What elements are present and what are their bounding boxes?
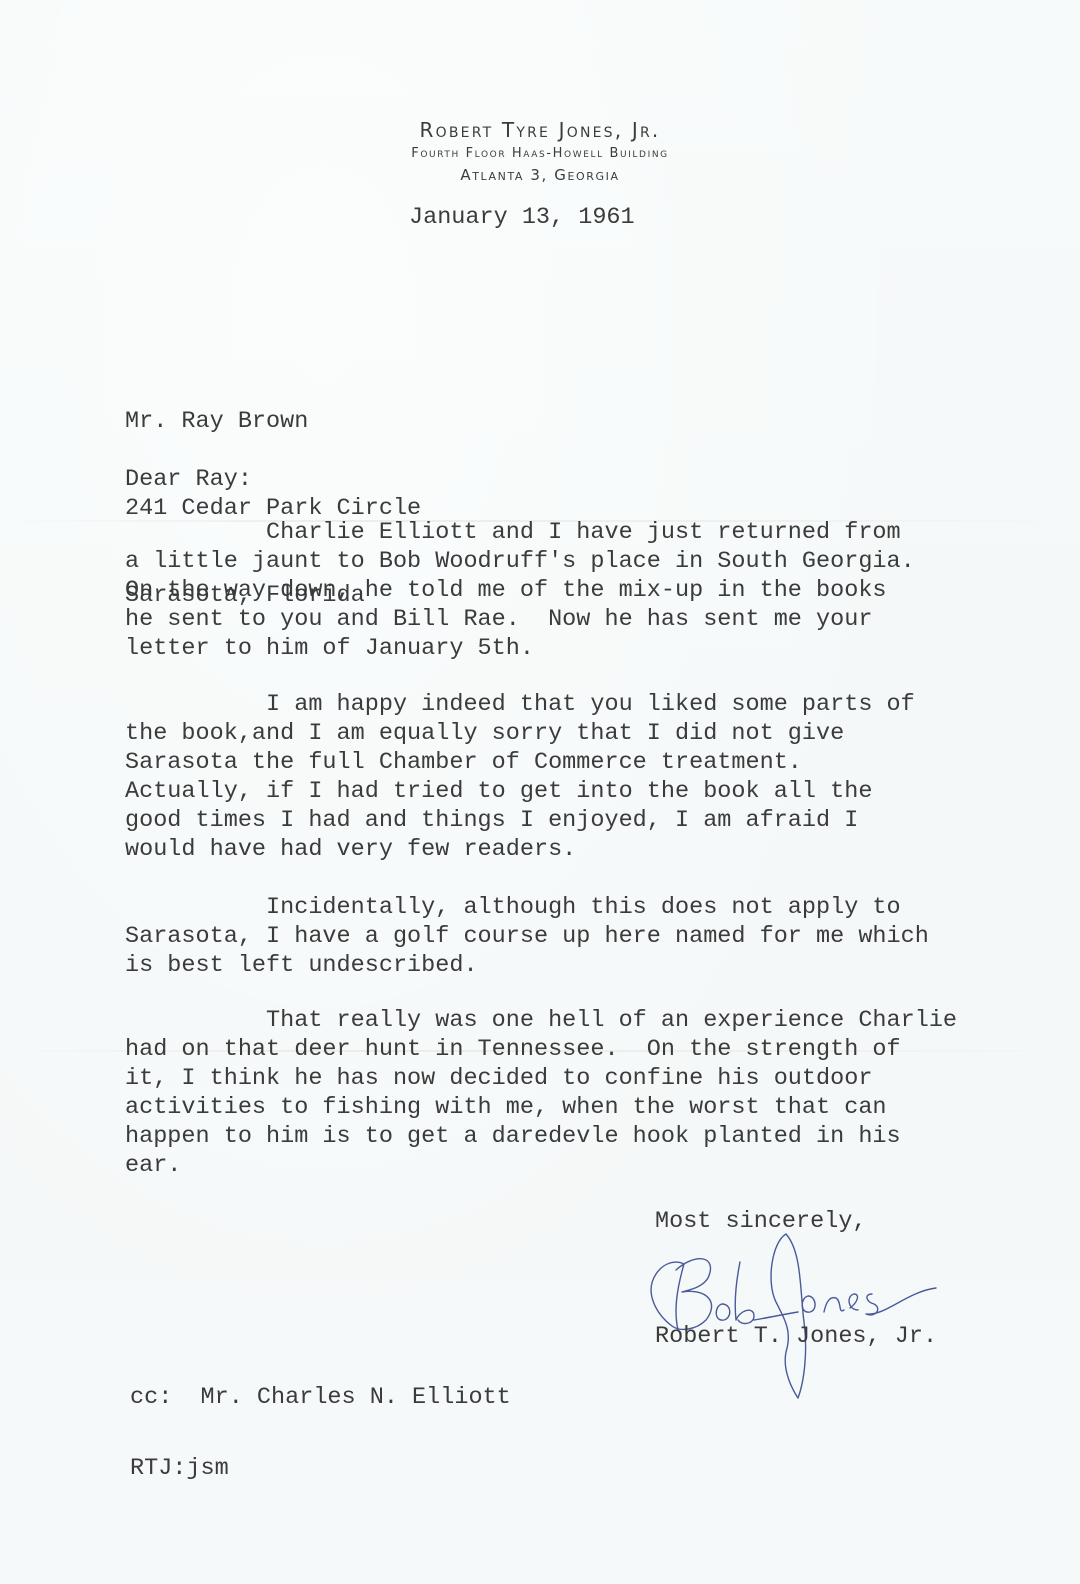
body-line: ear. [125,1151,957,1180]
letter-date: January 13, 1961 [409,203,635,232]
body-line: letter to him of January 5th. [125,634,915,663]
body-line: happen to him is to get a daredevle hook… [125,1122,957,1151]
body-line: Actually, if I had tried to get into the… [125,777,915,806]
body-paragraph: I am happy indeed that you liked some pa… [125,690,915,864]
body-line: That really was one hell of an experienc… [125,1006,957,1035]
carbon-copy-line: cc: Mr. Charles N. Elliott [130,1383,511,1412]
body-line: good times I had and things I enjoyed, I… [125,806,915,835]
letterhead-address: Fourth Floor Haas-Howell Building [0,146,1080,161]
recipient-line: Mr. Ray Brown [125,407,421,436]
body-line: is best left undescribed. [125,951,929,980]
typed-signature-name: Robert T. Jones, Jr. [655,1322,937,1351]
body-line: On the way down, he told me of the mix-u… [125,576,915,605]
body-line: Sarasota the full Chamber of Commerce tr… [125,748,915,777]
body-line: Charlie Elliott and I have just returned… [125,518,915,547]
body-paragraph: Incidentally, although this does not app… [125,893,929,980]
body-line: the book,and I am equally sorry that I d… [125,719,915,748]
body-line: he sent to you and Bill Rae. Now he has … [125,605,915,634]
body-line: Sarasota, I have a golf course up here n… [125,922,929,951]
body-line: I am happy indeed that you liked some pa… [125,690,915,719]
letterhead-name: Robert Tyre Jones, Jr. [0,118,1080,142]
salutation: Dear Ray: [125,465,252,494]
body-line: activities to fishing with me, when the … [125,1093,957,1122]
body-paragraph: Charlie Elliott and I have just returned… [125,518,915,663]
body-line: a little jaunt to Bob Woodruff's place i… [125,547,915,576]
letterhead-city: Atlanta 3, Georgia [0,166,1080,184]
body-line: it, I think he has now decided to confin… [125,1064,957,1093]
body-line: Incidentally, although this does not app… [125,893,929,922]
reference-initials: RTJ:jsm [130,1454,229,1483]
body-line: had on that deer hunt in Tennessee. On t… [125,1035,957,1064]
handwritten-signature [636,1222,956,1402]
body-paragraph: That really was one hell of an experienc… [125,1006,957,1180]
body-line: would have had very few readers. [125,835,915,864]
